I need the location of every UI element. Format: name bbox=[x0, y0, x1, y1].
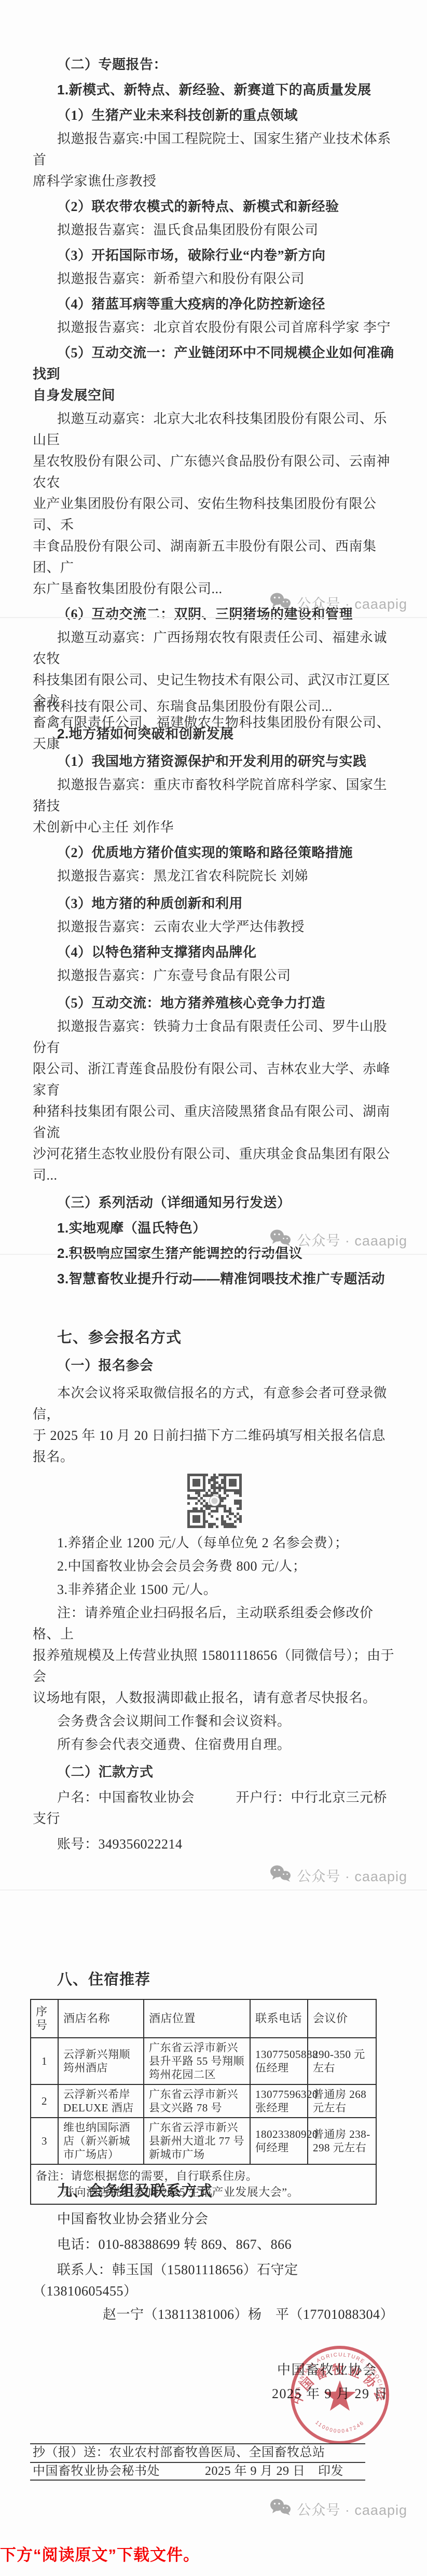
guest-line: 拟邀报告嘉宾：广东壹号食品有限公司 bbox=[33, 965, 396, 986]
guest-line: 拟邀报告嘉宾：北京首农股份有限公司首席科学家 李宁 bbox=[33, 317, 396, 338]
item-title: （2）优质地方猪价值实现的策略和路径策略措施 bbox=[33, 842, 396, 863]
topic-2-title: 2.地方猪如何突破和创新发展 bbox=[33, 723, 396, 745]
hotel-address: 广东省云浮市新兴县升平路 55 号翔顺筠州花园二区 bbox=[144, 2038, 250, 2084]
table-row: 1 云浮新兴翔顺筠州酒店 广东省云浮市新兴县升平路 55 号翔顺筠州花园二区 1… bbox=[31, 2038, 376, 2084]
contact-person-line: 联系人：韩玉国（15801118656）石守定（13810605455） bbox=[33, 2259, 396, 2302]
guest-line: 业产业集团股份有限公司、安佑生物科技集团股份有限公司、禾 bbox=[33, 493, 396, 536]
wechat-icon bbox=[270, 592, 292, 613]
column-header: 酒店名称 bbox=[58, 1999, 144, 2038]
item-title: （4）猪蓝耳病等重大疫病的净化防控新途径 bbox=[33, 293, 396, 315]
table-row: 3 维也纳国际酒店（新兴新城市广场店） 广东省云浮市新兴县新州大道北 77 号新… bbox=[31, 2118, 376, 2164]
watermark: 公众号 · caaapig bbox=[270, 1865, 407, 1886]
watermark-label: 公众号 · caaapig bbox=[297, 1229, 407, 1250]
fee-line: 2.中国畜牧业协会会员会务费 800 元/人； bbox=[33, 1556, 396, 1577]
hotel-price: 普通房 238-298 元左右 bbox=[308, 2118, 376, 2164]
watermark: 公众号 · caaapig bbox=[270, 1229, 407, 1250]
column-header: 联系电话 bbox=[250, 1999, 308, 2038]
heading-contacts: 九、会务组及联系方式 bbox=[33, 2181, 396, 2202]
qr-container bbox=[33, 1474, 396, 1528]
subheading-signup: （一）报名参会 bbox=[33, 1355, 396, 1376]
item-title: （1）我国地方猪资源保护和开发利用的研究与实践 bbox=[33, 751, 396, 772]
issue-date: 2025 年 9 月 29 日 印发 bbox=[205, 2463, 343, 2480]
watermark: 公众号 · caaapig bbox=[270, 592, 407, 613]
body-line: 所有参会代表交通费、住宿费用自理。 bbox=[33, 1734, 396, 1755]
guest-line: 拟邀报告嘉宾:中国工程院院士、国家生猪产业技术体系 首 bbox=[33, 128, 396, 171]
topic-1-title: 1.新模式、新特点、新经验、新赛道下的高质量发展 bbox=[33, 79, 396, 101]
section-special-reports: （二）专题报告： 1.新模式、新特点、新经验、新赛道下的高质量发展 （1）生猪产… bbox=[33, 54, 396, 754]
activity-item: 3.智慧畜牧业提升行动——精准饲喂技术推广专题活动 bbox=[33, 1268, 396, 1290]
official-seal-stamp: CHINA ANIMAL AGRICULTURE ASSOCIATION 中国畜… bbox=[287, 2343, 392, 2447]
fee-line: 1.养猪企业 1200 元/人（每单位免 2 名参会费）； bbox=[33, 1532, 396, 1553]
section-contacts: 九、会务组及联系方式 中国畜牧业协会猪业分会 电话：010-88388699 转… bbox=[33, 2181, 396, 2325]
section-divider bbox=[0, 617, 427, 618]
guest-line: 丰食品股份有限公司、湖南新五丰股份有限公司、西南集团、广 bbox=[33, 536, 396, 578]
item-title: 自身发展空间 bbox=[33, 385, 396, 406]
guest-line: 拟邀报告嘉宾：重庆市畜牧科学院首席科学家、国家生猪技 bbox=[33, 774, 396, 817]
item-title: （3）地方猪的种质创新和利用 bbox=[33, 893, 396, 914]
guest-line: 拟邀报告嘉宾：云南农业大学严达伟教授 bbox=[33, 916, 396, 937]
registration-qr-code bbox=[187, 1474, 242, 1528]
hotel-address: 广东省云浮市新兴县新州大道北 77 号新城市广场 bbox=[144, 2118, 250, 2164]
body-line: 会务费含会议期间工作餐和会议资料。 bbox=[33, 1711, 396, 1732]
hotel-no: 1 bbox=[31, 2038, 58, 2084]
issuer: 中国畜牧业协会秘书处 bbox=[33, 2465, 160, 2478]
guest-line: 席科学家谯仕彦教授 bbox=[33, 171, 396, 192]
column-header: 会议价 bbox=[308, 1999, 376, 2038]
guest-line: 沙河花猪生态牧业股份有限公司、重庆琪金食品集团有限公司... bbox=[33, 1143, 396, 1186]
download-note: 下方“阅读原文”下载文件。 bbox=[0, 2542, 200, 2565]
guest-line: 术创新中心主任 刘作华 bbox=[33, 817, 396, 838]
watermark-label: 公众号 · caaapig bbox=[297, 2499, 407, 2519]
section-registration: 七、参会报名方式 （一）报名参会 本次会议将采取微信报名的方式，有意参会者可登录… bbox=[33, 1327, 396, 1855]
wechat-icon bbox=[270, 1229, 292, 1250]
seal-number: 1100000047246 bbox=[314, 2420, 365, 2434]
item-title: （4）以特色猪种支撑猪肉品牌化 bbox=[33, 942, 396, 963]
guest-line: 拟邀报告嘉宾：铁骑力士食品有限责任公司、罗牛山股份有 bbox=[33, 1016, 396, 1058]
cc-line: 抄（报）送：农业农村部畜牧兽医局、全国畜牧总站 bbox=[33, 2444, 365, 2461]
svg-text:1100000047246: 1100000047246 bbox=[314, 2420, 365, 2434]
item-title: （1）生猪产业未来科技创新的重点领域 bbox=[33, 105, 396, 126]
footer-rule bbox=[30, 2480, 365, 2481]
section-divider bbox=[0, 1889, 427, 1891]
section-hotels: 八、住宿推荐 序号 酒店名称 酒店位置 联系电话 会议价 1 云浮新兴翔顺筠州酒… bbox=[33, 1969, 396, 2205]
watermark-label: 公众号 · caaapig bbox=[297, 593, 407, 613]
hotel-name: 云浮新兴希岸 DELUXE 酒店 bbox=[58, 2084, 144, 2118]
phone-line: 电话：010-88388699 转 869、867、866 bbox=[33, 2234, 396, 2255]
guest-line: 畜牧科技有限公司、东瑞食品集团股份有限公司... bbox=[33, 696, 396, 717]
note-line: 议场地有限，人数报满即截止报名，请有意者尽快报名。 bbox=[33, 1687, 396, 1709]
heading-special-reports: （二）专题报告： bbox=[33, 54, 396, 75]
hotel-table: 序号 酒店名称 酒店位置 联系电话 会议价 1 云浮新兴翔顺筠州酒店 广东省云浮… bbox=[30, 1999, 377, 2205]
body-line: 本次会议将采取微信报名的方式，有意参会者可登录微信， bbox=[33, 1382, 396, 1425]
item-title: （5）互动交流：地方猪养殖核心竞争力打造 bbox=[33, 992, 396, 1014]
watermark-label: 公众号 · caaapig bbox=[297, 1865, 407, 1885]
bank-account-number-line: 账号：349356022214 bbox=[33, 1833, 396, 1855]
hotel-no: 3 bbox=[31, 2118, 58, 2164]
guest-line: 拟邀互动嘉宾：广西扬翔农牧有限责任公司、福建永诚农牧 bbox=[33, 627, 396, 669]
hotel-phone: 13077596320 张经理 bbox=[250, 2084, 308, 2118]
organizer-line: 中国畜牧业协会猪业分会 bbox=[33, 2208, 396, 2230]
guest-line: 拟邀互动嘉宾：北京大北农科技集团股份有限公司、乐山巨 bbox=[33, 408, 396, 451]
hotel-no: 2 bbox=[31, 2084, 58, 2118]
subheading-remittance: （二）汇款方式 bbox=[33, 1761, 396, 1783]
section-divider bbox=[0, 1254, 427, 1255]
item-title: （3）开拓国际市场，破除行业“内卷”新方向 bbox=[33, 245, 396, 266]
hotel-name: 云浮新兴翔顺筠州酒店 bbox=[58, 2038, 144, 2084]
guest-line: 种猪科技集团有限公司、重庆涪陵黑猪食品有限公司、湖南省流 bbox=[33, 1101, 396, 1143]
heading-series-activities: （三）系列活动（详细通知另行发送） bbox=[33, 1192, 396, 1213]
item-title: （5）互动交流一：产业链闭环中不同规模企业如何准确找到 bbox=[33, 342, 396, 385]
item-title: （2）联农带农模式的新特点、新模式和新经验 bbox=[33, 196, 396, 217]
wechat-icon bbox=[270, 1865, 292, 1886]
note-line: 报养殖规模及上传营业执照 15801118656（同微信号）；由于会 bbox=[33, 1645, 396, 1687]
heading-hotels: 八、住宿推荐 bbox=[33, 1969, 396, 1991]
hotel-name: 维也纳国际酒店（新兴新城市广场店） bbox=[58, 2118, 144, 2164]
contact-person-line: 赵一宁（13811381006）杨 平（17701088304） bbox=[33, 2304, 396, 2325]
note-line: 注：请养殖企业扫码报名后，主动联系组委会修改价格、上 bbox=[33, 1602, 396, 1645]
guest-line: 拟邀报告嘉宾：黑龙江省农科院院长 刘娣 bbox=[33, 865, 396, 887]
table-header-row: 序号 酒店名称 酒店位置 联系电话 会议价 bbox=[31, 1999, 376, 2038]
column-header: 酒店位置 bbox=[144, 1999, 250, 2038]
section-local-pig: 畜牧科技有限公司、东瑞食品集团股份有限公司... 2.地方猪如何突破和创新发展 … bbox=[33, 696, 396, 1290]
guest-line: 星农牧股份有限公司、广东德兴食品股份有限公司、云南神农农 bbox=[33, 451, 396, 493]
watermark: 公众号 · caaapig bbox=[270, 2498, 407, 2519]
hotel-phone: 18023380920 何经理 bbox=[250, 2118, 308, 2164]
hotel-address: 广东省云浮市新兴县文兴路 78 号 bbox=[144, 2084, 250, 2118]
fee-line: 3.非养猪企业 1500 元/人。 bbox=[33, 1579, 396, 1600]
table-row: 2 云浮新兴希岸 DELUXE 酒店 广东省云浮市新兴县文兴路 78 号 130… bbox=[31, 2084, 376, 2118]
seal-star-icon bbox=[324, 2381, 355, 2411]
hotel-price: 普通房 268 元左右 bbox=[308, 2084, 376, 2118]
page: （二）专题报告： 1.新模式、新特点、新经验、新赛道下的高质量发展 （1）生猪产… bbox=[0, 0, 427, 2576]
hotel-phone: 13077505888 伍经理 bbox=[250, 2038, 308, 2084]
issue-line: 中国畜牧业协会秘书处 2025 年 9 月 29 日 印发 bbox=[33, 2463, 365, 2480]
hotel-price: 290-350 元左右 bbox=[308, 2038, 376, 2084]
body-line: 于 2025 年 10 月 20 日前扫描下方二维码填写相关报名信息报名。 bbox=[33, 1425, 396, 1467]
column-header: 序号 bbox=[31, 1999, 58, 2038]
guest-line: 拟邀报告嘉宾：新希望六和股份有限公司 bbox=[33, 268, 396, 289]
bank-account-name-line: 户名：中国畜牧业协会 开户行：中行北京三元桥支行 bbox=[33, 1787, 396, 1829]
heading-registration: 七、参会报名方式 bbox=[33, 1327, 396, 1349]
guest-line: 拟邀报告嘉宾：温氏食品集团股份有限公司 bbox=[33, 219, 396, 241]
guest-line: 限公司、浙江青莲食品股份有限公司、吉林农业大学、赤峰家育 bbox=[33, 1058, 396, 1101]
wechat-icon bbox=[270, 2498, 292, 2519]
